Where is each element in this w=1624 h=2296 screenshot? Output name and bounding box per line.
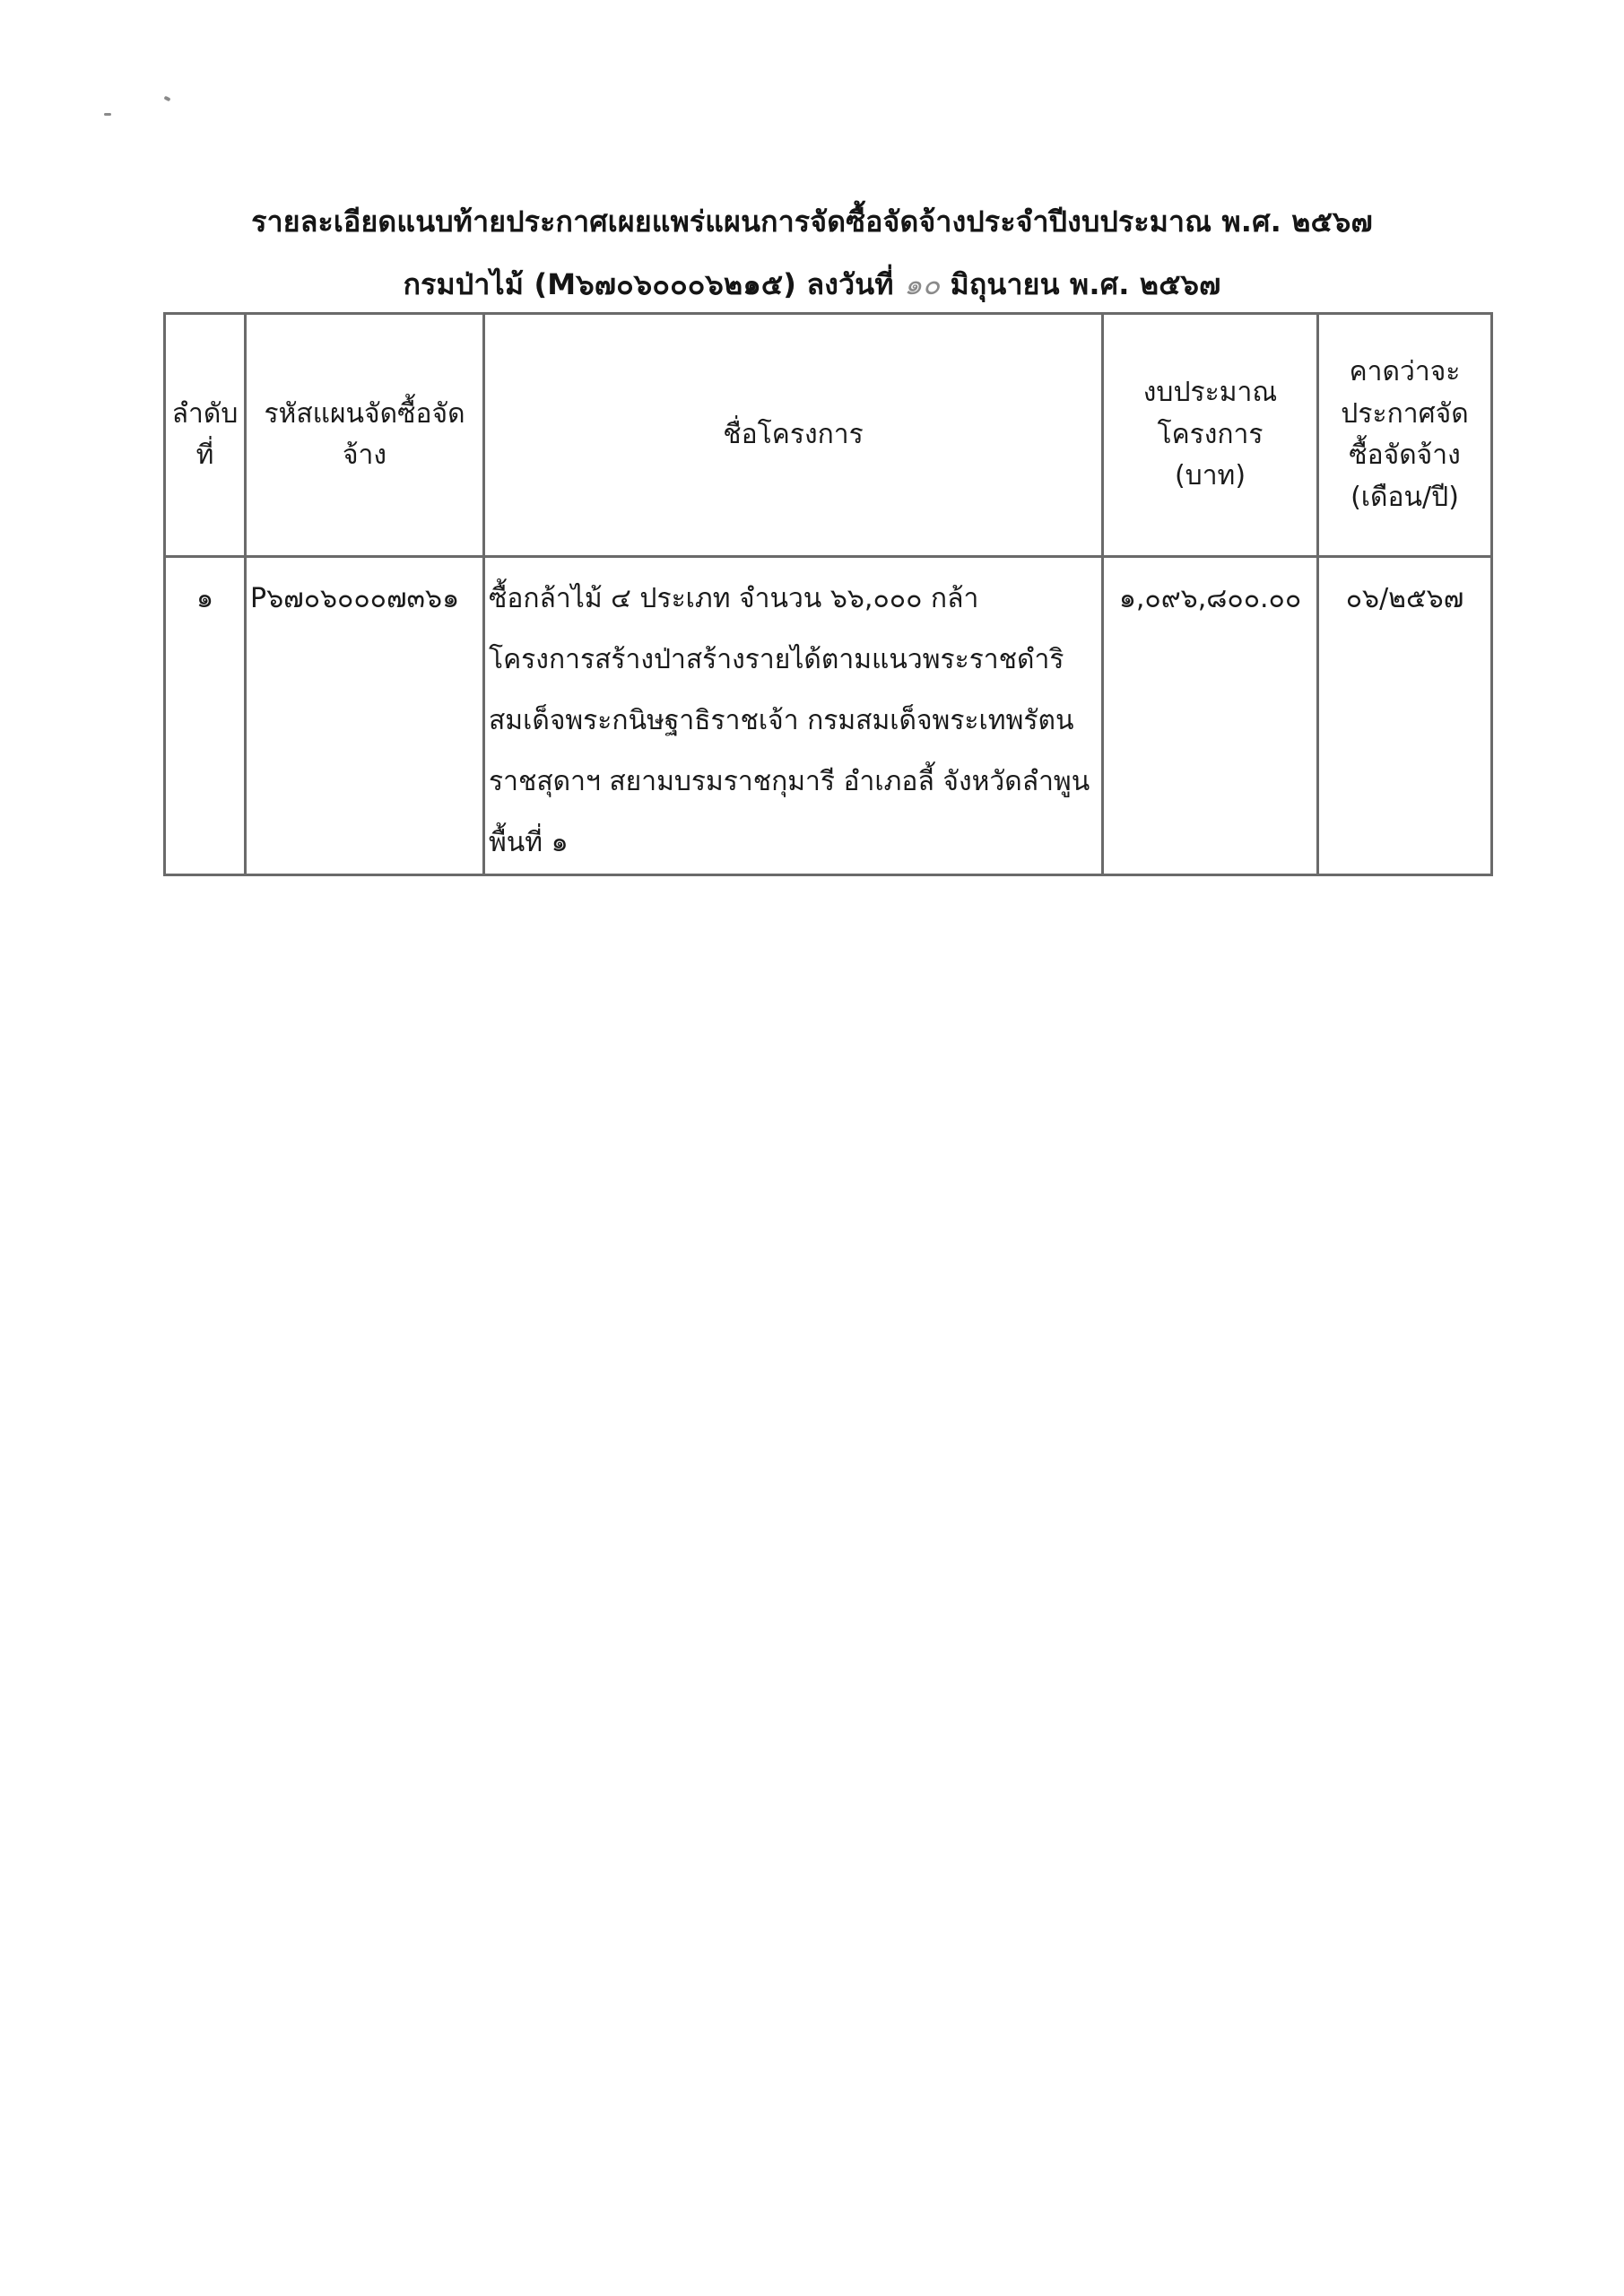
document-subtitle: กรมป่าไม้ (M๖๗๐๖๐๐๐๖๒๑๕) ลงวันที่ ๑๐ มิถ… bbox=[0, 262, 1624, 308]
cell-no: ๑ bbox=[165, 557, 246, 875]
header-text: รหัสแผนจัดซื้อจัด bbox=[252, 394, 477, 436]
project-name-line: สมเด็จพระกนิษฐาธิราชเจ้า กรมสมเด็จพระเทพ… bbox=[489, 691, 1098, 752]
header-text: งบประมาณ bbox=[1109, 372, 1311, 414]
cell-plan-code: P๖๗๐๖๐๐๐๗๓๖๑ bbox=[246, 557, 484, 875]
header-text: ที่ bbox=[171, 435, 239, 477]
project-name-line: โครงการสร้างป่าสร้างรายได้ตามแนวพระราชดำ… bbox=[489, 630, 1098, 691]
header-no: ลำดับ ที่ bbox=[165, 314, 246, 557]
header-text: (เดือน/ปี) bbox=[1324, 477, 1485, 519]
header-expected-month: คาดว่าจะ ประกาศจัด ซื้อจัดจ้าง (เดือน/ปี… bbox=[1318, 314, 1492, 557]
subtitle-prefix: กรมป่าไม้ (M๖๗๐๖๐๐๐๖๒๑๕) ลงวันที่ bbox=[404, 267, 894, 301]
header-text: ซื้อจัดจ้าง bbox=[1324, 435, 1485, 477]
header-text: โครงการ bbox=[1109, 414, 1311, 457]
header-text: ลำดับ bbox=[171, 394, 239, 436]
table-header-row: ลำดับ ที่ รหัสแผนจัดซื้อจัด จ้าง ชื่อโคร… bbox=[165, 314, 1492, 557]
cell-budget: ๑,๐๙๖,๘๐๐.๐๐ bbox=[1103, 557, 1318, 875]
header-text: ประกาศจัด bbox=[1324, 394, 1485, 436]
header-text: (บาท) bbox=[1109, 456, 1311, 498]
header-project-name: ชื่อโครงการ bbox=[484, 314, 1103, 557]
scan-speck bbox=[104, 113, 111, 116]
project-name-line: ราชสุดาฯ สยามบรมราชกุมารี อำเภอลี้ จังหว… bbox=[489, 752, 1098, 813]
header-budget: งบประมาณ โครงการ (บาท) bbox=[1103, 314, 1318, 557]
subtitle-suffix: มิถุนายน พ.ศ. ๒๕๖๗ bbox=[951, 267, 1221, 301]
cell-project-name: ซื้อกล้าไม้ ๔ ประเภท จำนวน ๖๖,๐๐๐ กล้า โ… bbox=[484, 557, 1103, 875]
header-text: จ้าง bbox=[252, 435, 477, 477]
handwritten-day: ๑๐ bbox=[904, 267, 940, 301]
cell-expected-month: ๐๖/๒๕๖๗ bbox=[1318, 557, 1492, 875]
header-text: คาดว่าจะ bbox=[1324, 352, 1485, 394]
document-title: รายละเอียดแนบท้ายประกาศเผยแพร่แผนการจัดซ… bbox=[0, 199, 1624, 245]
scan-speck bbox=[163, 96, 170, 102]
header-text: ชื่อโครงการ bbox=[491, 414, 1096, 457]
procurement-plan-table: ลำดับ ที่ รหัสแผนจัดซื้อจัด จ้าง ชื่อโคร… bbox=[163, 312, 1493, 876]
header-code: รหัสแผนจัดซื้อจัด จ้าง bbox=[246, 314, 484, 557]
project-name-line: ซื้อกล้าไม้ ๔ ประเภท จำนวน ๖๖,๐๐๐ กล้า bbox=[489, 569, 1098, 630]
project-name-line: พื้นที่ ๑ bbox=[489, 813, 1098, 874]
table-row: ๑ P๖๗๐๖๐๐๐๗๓๖๑ ซื้อกล้าไม้ ๔ ประเภท จำนว… bbox=[165, 557, 1492, 875]
